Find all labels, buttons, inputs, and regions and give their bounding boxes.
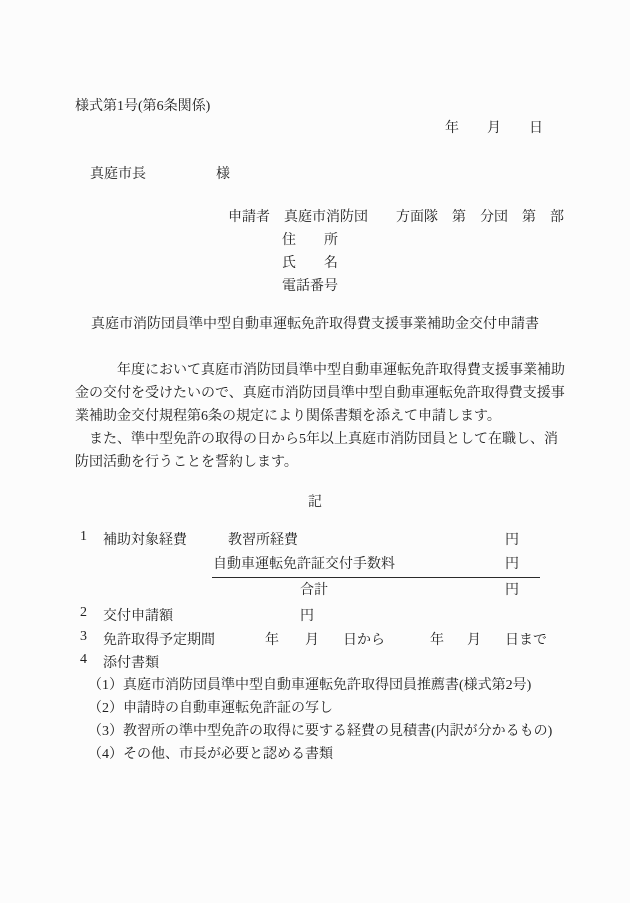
item1-total-label: 合計 <box>300 579 328 599</box>
item3-month-to: 月 <box>467 629 481 649</box>
item3-day-from: 日から <box>343 629 385 649</box>
item4-label: 添付書類 <box>103 652 159 672</box>
document-title: 真庭市消防団員準中型自動車運転免許取得費支援事業補助金交付申請書 <box>0 313 630 336</box>
item1-number: 1 <box>80 529 87 545</box>
item1-row1-unit: 円 <box>505 529 519 549</box>
document-page: 様式第1号(第6条関係) 年 月 日 真庭市長 様 申請者 真庭市消防団 方面隊… <box>0 0 630 903</box>
subtotal-rule <box>212 577 540 578</box>
item1-label: 補助対象経費 <box>103 529 187 549</box>
applicant-name-label: 氏 名 <box>282 252 338 275</box>
item3-day-to: 日まで <box>505 629 547 649</box>
applicant-address-label: 住 所 <box>282 229 338 252</box>
attachment-1: （1）真庭市消防団員準中型自動車運転免許取得団員推薦書(様式第2号) <box>88 674 531 697</box>
item1-row2-unit: 円 <box>505 553 519 573</box>
body-line-3: 業補助金交付規程第6条の規定により関係書類を添えて申請します。 <box>75 405 501 428</box>
addressee-line: 真庭市長 様 <box>90 163 230 186</box>
attachment-4: （4）その他、市長が必要と認める書類 <box>88 743 333 766</box>
body-line-4: また、準中型免許の取得の日から5年以上真庭市消防団員として在職し、消 <box>75 428 558 451</box>
item1-row1-label: 教習所経費 <box>228 529 298 549</box>
form-number: 様式第1号(第6条関係) <box>75 95 210 118</box>
item2-unit: 円 <box>300 605 314 625</box>
item1-row2-label: 自動車運転免許証交付手数料 <box>213 553 395 573</box>
body-line-2: 金の交付を受けたいので、真庭市消防団員準中型自動車運転免許取得費支援事 <box>75 382 565 405</box>
item2-label: 交付申請額 <box>103 605 173 625</box>
body-line-5: 防団活動を行うことを誓約します。 <box>75 451 298 474</box>
list-heading: 記 <box>0 491 630 514</box>
item3-number: 3 <box>80 629 87 645</box>
applicant-line: 申請者 真庭市消防団 方面隊 第 分団 第 部 <box>228 206 564 229</box>
date-line: 年 月 日 <box>445 117 543 140</box>
item4-number: 4 <box>80 652 87 668</box>
body-line-1: 年度において真庭市消防団員準中型自動車運転免許取得費支援事業補助 <box>75 359 565 382</box>
attachment-2: （2）申請時の自動車運転免許証の写し <box>88 697 333 720</box>
item3-month-from: 月 <box>305 629 319 649</box>
item2-number: 2 <box>80 605 87 621</box>
applicant-phone-label: 電話番号 <box>282 275 338 298</box>
item3-label: 免許取得予定期間 <box>103 629 215 649</box>
item3-year-to: 年 <box>430 629 444 649</box>
item1-total-unit: 円 <box>505 579 519 599</box>
attachment-3: （3）教習所の準中型免許の取得に要する経費の見積書(内訳が分かるもの) <box>88 720 552 743</box>
item3-year-from: 年 <box>265 629 279 649</box>
